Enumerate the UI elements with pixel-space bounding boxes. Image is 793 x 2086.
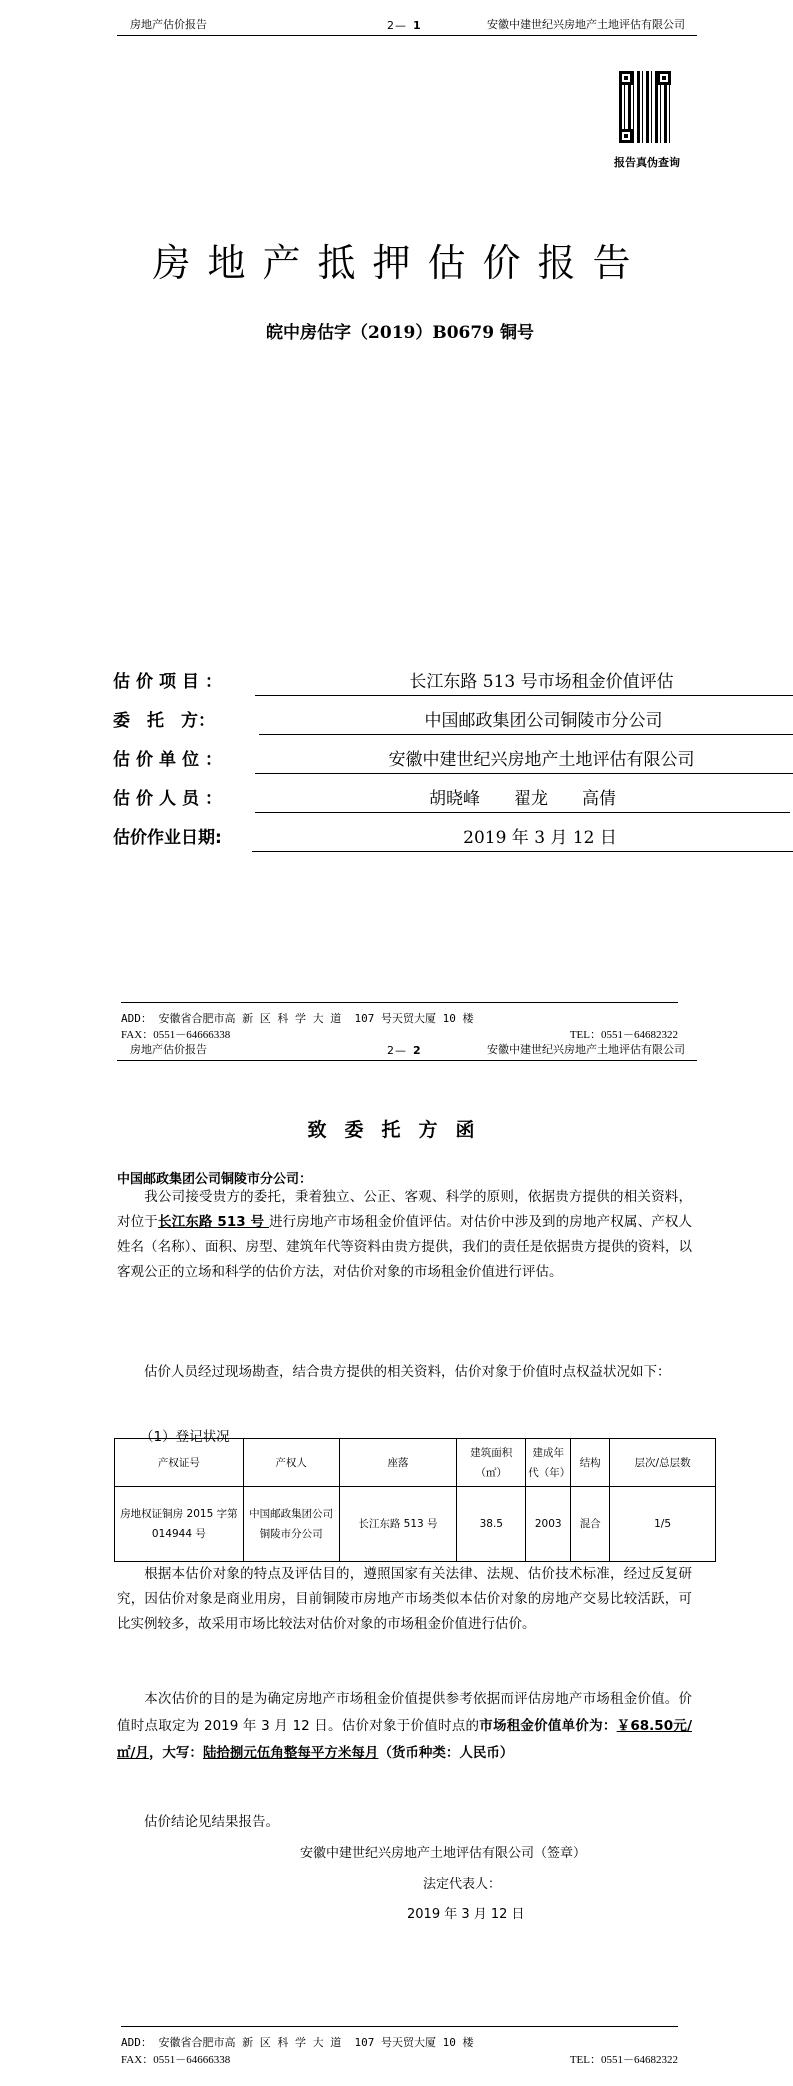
field-value: 2019 年 3 月 12 日 <box>252 826 793 852</box>
footer-tel: TEL：0551－64682322 <box>570 2051 678 2067</box>
header-left: 房地产估价报告 <box>130 16 207 32</box>
header-right: 安徽中建世纪兴房地产土地评估有限公司 <box>487 16 685 32</box>
col-owner: 产权人 <box>243 1439 339 1487</box>
cell-location: 长江东路 513 号 <box>339 1487 457 1562</box>
footer-address: ADD： 安徽省合肥市高 新 区 科 学 大 道 107 号天贸大厦 10 楼 <box>121 1010 473 1026</box>
cell-area: 38.5 <box>457 1487 526 1562</box>
page-number: 2—2 <box>387 1044 422 1057</box>
signature-company: 安徽中建世纪兴房地产土地评估有限公司（签章） <box>300 1842 586 1861</box>
signature-legal-rep: 法定代表人： <box>423 1873 501 1892</box>
qr-label: 报告真伪查询 <box>612 154 682 170</box>
field-label: 估价单位： <box>113 745 228 770</box>
col-structure: 结构 <box>571 1439 610 1487</box>
footer-divider <box>121 2026 678 2027</box>
col-cert-no: 产权证号 <box>115 1439 244 1487</box>
table-header-row: 产权证号 产权人 座落 建筑面积（㎡） 建成年代（年） 结构 层次/总层数 <box>115 1439 716 1487</box>
header-left: 房地产估价报告 <box>130 1041 207 1057</box>
header-right: 安徽中建世纪兴房地产土地评估有限公司 <box>487 1041 685 1057</box>
document-number: 皖中房估字（2019）B0679 铜号 <box>100 318 700 343</box>
page-header: 房地产估价报告 2—1 安徽中建世纪兴房地产土地评估有限公司 <box>117 16 697 36</box>
field-value: 中国邮政集团公司铜陵市分公司 <box>259 709 793 735</box>
paragraph-survey: 估价人员经过现场勘查，结合贵方提供的相关资料，估价对象于价值时点权益状况如下： <box>117 1360 692 1385</box>
qr-finder-icon <box>619 129 633 143</box>
field-appraisers: 估价人员： 胡晓峰 翟龙 高倩 <box>113 783 723 813</box>
field-label: 估价人员： <box>113 784 228 809</box>
signature-date: 2019 年 3 月 12 日 <box>407 1903 525 1922</box>
field-label: 委 托 方： <box>113 706 215 731</box>
col-year: 建成年代（年） <box>526 1439 571 1487</box>
footer-fax: FAX：0551－64666338 <box>121 2051 230 2067</box>
footer-fax: FAX：0551－64666338 <box>121 1026 230 1042</box>
cell-floor: 1/5 <box>610 1487 716 1562</box>
cell-structure: 混合 <box>571 1487 610 1562</box>
cell-owner: 中国邮政集团公司铜陵市分公司 <box>243 1487 339 1562</box>
table-row: 房地权证铜房 2015 字第 014944 号 中国邮政集团公司铜陵市分公司 长… <box>115 1487 716 1562</box>
footer-divider <box>121 1002 678 1003</box>
col-floor: 层次/总层数 <box>610 1439 716 1487</box>
page-header: 房地产估价报告 2—2 安徽中建世纪兴房地产土地评估有限公司 <box>117 1041 697 1061</box>
col-location: 座落 <box>339 1439 457 1487</box>
field-label: 估价作业日期: <box>113 823 222 848</box>
letter-title: 致委托方函 <box>100 1115 700 1142</box>
field-value: 长江东路 513 号市场租金价值评估 <box>255 670 793 696</box>
col-area: 建筑面积（㎡） <box>457 1439 526 1487</box>
paragraph-conclusion: 本次估价的目的是为确定房地产市场租金价值提供参考依据而评估房地产市场租金价值。价… <box>117 1686 692 1767</box>
paragraph-see-report: 估价结论见结果报告。 <box>117 1810 692 1835</box>
field-work-date: 估价作业日期: 2019 年 3 月 12 日 <box>113 822 723 852</box>
field-value: 安徽中建世纪兴房地产土地评估有限公司 <box>255 748 793 774</box>
cell-cert-no: 房地权证铜房 2015 字第 014944 号 <box>115 1487 244 1562</box>
footer-address: ADD： 安徽省合肥市高 新 区 科 学 大 道 107 号天贸大厦 10 楼 <box>121 2034 473 2050</box>
qr-code-icon[interactable] <box>619 71 671 145</box>
unit-price-words: 陆拾捌元伍角整每平方米每月 <box>203 1745 379 1761</box>
property-address-link: 长江东路 513 号 <box>158 1214 269 1230</box>
cell-year: 2003 <box>526 1487 571 1562</box>
registration-table: 产权证号 产权人 座落 建筑面积（㎡） 建成年代（年） 结构 层次/总层数 房地… <box>114 1438 716 1562</box>
field-appraiser-org: 估价单位： 安徽中建世纪兴房地产土地评估有限公司 <box>113 744 723 774</box>
paragraph-method: 根据本估价对象的特点及评估目的，遵照国家有关法律、法规、估价技术标准，经过反复研… <box>117 1562 692 1637</box>
paragraph-intro: 我公司接受贵方的委托，秉着独立、公正、客观、科学的原则，依据贵方提供的相关资料，… <box>117 1185 692 1285</box>
field-project: 估价项目： 长江东路 513 号市场租金价值评估 <box>113 666 723 696</box>
footer-tel: TEL：0551－64682322 <box>570 1026 678 1042</box>
qr-finder-icon <box>657 71 671 85</box>
page-number: 2—1 <box>387 19 422 32</box>
qr-finder-icon <box>619 71 633 85</box>
field-client: 委 托 方： 中国邮政集团公司铜陵市分公司 <box>113 705 723 735</box>
field-value: 胡晓峰 翟龙 高倩 <box>255 787 790 813</box>
report-title: 房地产抵押估价报告 <box>100 232 700 287</box>
field-label: 估价项目： <box>113 667 228 692</box>
qr-code-image <box>619 71 671 143</box>
